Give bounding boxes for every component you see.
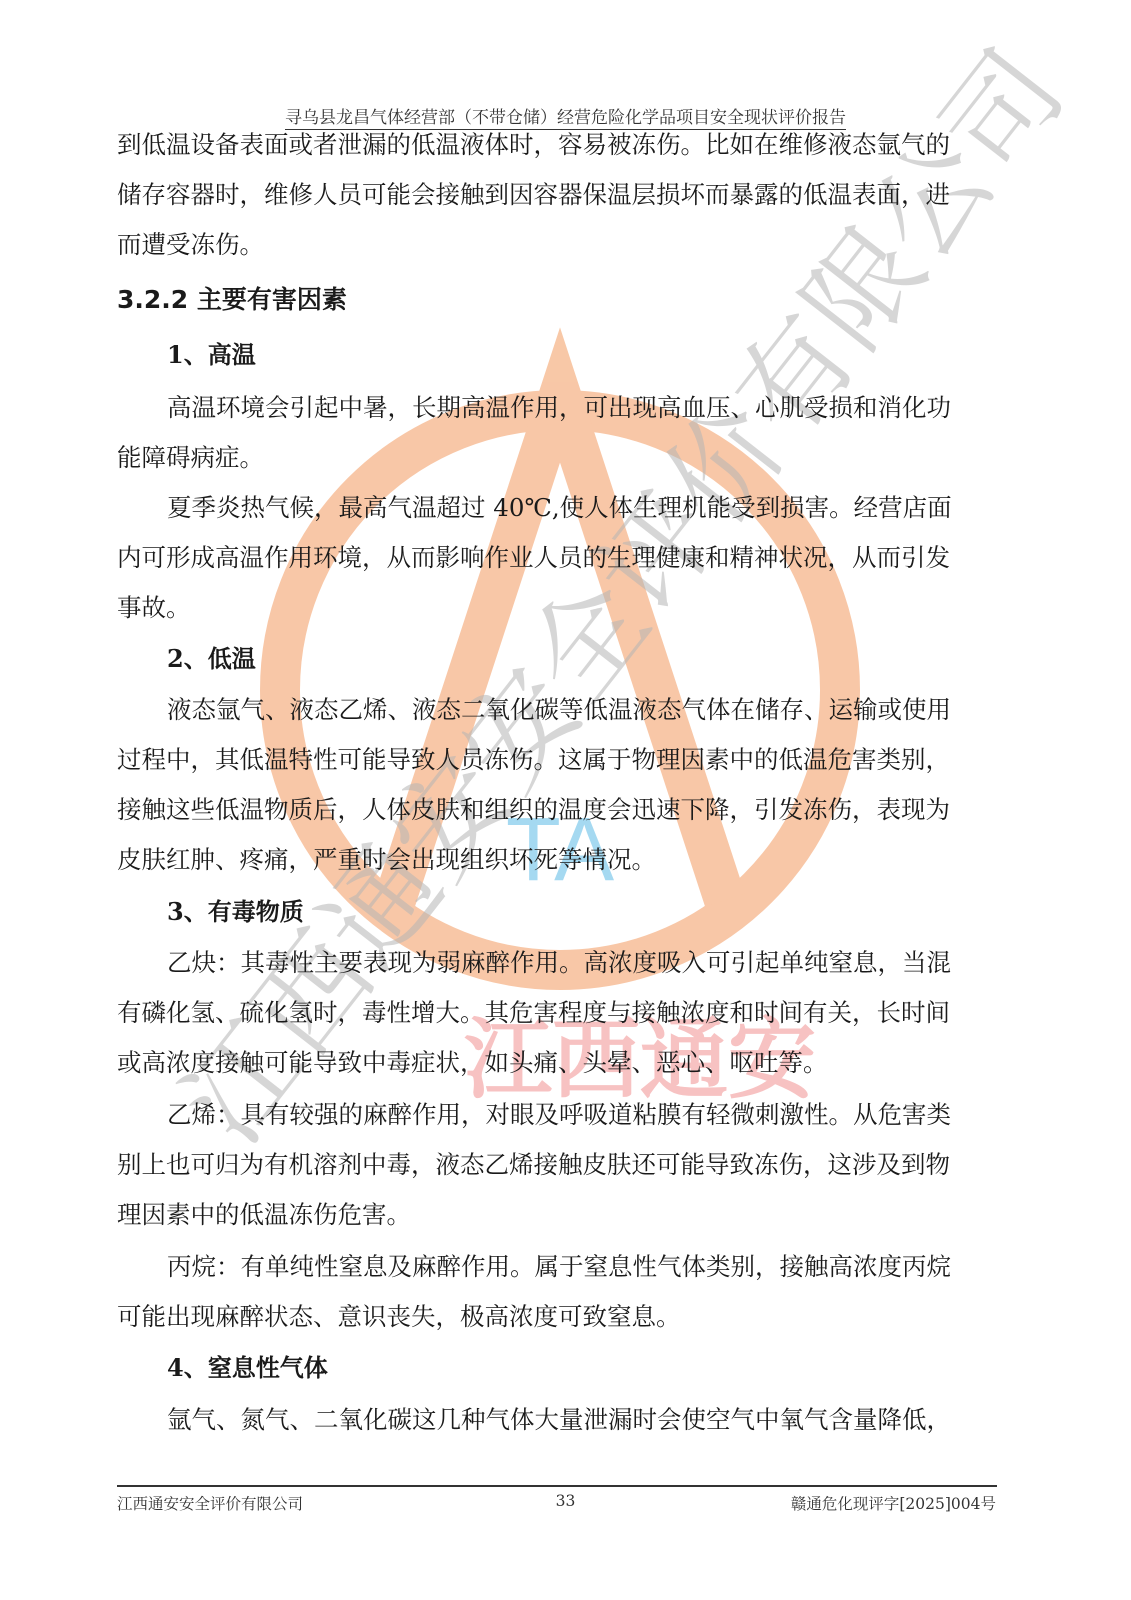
paragraph-first-line: 高温环境会引起中暑，长期高温作用，可出现高血压、心肌受损和消化功 [117,383,951,433]
paragraph-first-line: 氩气、氮气、二氧化碳这几种气体大量泄漏时会使空气中氧气含量降低， [117,1395,951,1445]
document-page: TA 江西通安 江西通安安全评价有限公司 寻乌县龙昌气体经营部（不带仓储）经营危… [0,0,1131,1600]
paragraph-first-line: 夏季炎热气候，最高气温超过 40℃,使人体生理机能受到损害。经营店面 [117,483,952,533]
paragraph-first-line: 乙炔：其毒性主要表现为弱麻醉作用。高浓度吸入可引起单纯窒息，当混 [117,938,951,988]
subsection-heading: 2、低温 [117,634,256,684]
paragraph-line: 理因素中的低温冻伤危害。 [117,1190,411,1240]
paragraph-line: 可能出现麻醉状态、意识丧失，极高浓度可致窒息。 [117,1292,681,1342]
paragraph-line: 事故。 [117,583,191,633]
paragraph-line: 接触这些低温物质后，人体皮肤和组织的温度会迅速下降，引发冻伤，表现为 [117,785,950,835]
paragraph-first-line: 丙烷：有单纯性窒息及麻醉作用。属于窒息性气体类别，接触高浓度丙烷 [117,1242,951,1292]
paragraph-line: 别上也可归为有机溶剂中毒，液态乙烯接触皮肤还可能导致冻伤，这涉及到物 [117,1140,950,1190]
subsection-heading: 1、高温 [117,330,256,380]
paragraph-line: 内可形成高温作用环境，从而影响作业人员的生理健康和精神状况，从而引发 [117,533,950,583]
paragraph-line: 有磷化氢、硫化氢时，毒性增大。其危害程度与接触浓度和时间有关，长时间 [117,988,950,1038]
paragraph-line: 而遭受冻伤。 [117,220,264,270]
paragraph-first-line: 液态氩气、液态乙烯、液态二氧化碳等低温液态气体在储存、运输或使用 [117,685,951,735]
paragraph-line: 皮肤红肿、疼痛，严重时会出现组织坏死等情况。 [117,835,656,885]
paragraph-line: 能障碍病症。 [117,433,264,483]
subsection-heading: 3、有毒物质 [117,887,304,937]
paragraph-line: 过程中，其低温特性可能导致人员冻伤。这属于物理因素中的低温危害类别， [117,735,950,785]
paragraph-line: 或高浓度接触可能导致中毒症状，如头痛、头晕、恶心、呕吐等。 [117,1038,828,1088]
paragraph-first-line: 乙烯：具有较强的麻醉作用，对眼及呼吸道粘膜有轻微刺激性。从危害类 [117,1090,951,1140]
paragraph-line: 储存容器时，维修人员可能会接触到因容器保温层损坏而暴露的低温表面，进 [117,170,950,220]
paragraph-line: 到低温设备表面或者泄漏的低温液体时，容易被冻伤。比如在维修液态氩气的 [117,120,950,170]
document-number: 赣通危化现评字[2025]004号 [791,1492,996,1514]
subsection-heading: 4、窒息性气体 [117,1343,328,1393]
footer-divider [117,1485,997,1487]
section-heading: 3.2.2 主要有害因素 [117,275,347,325]
